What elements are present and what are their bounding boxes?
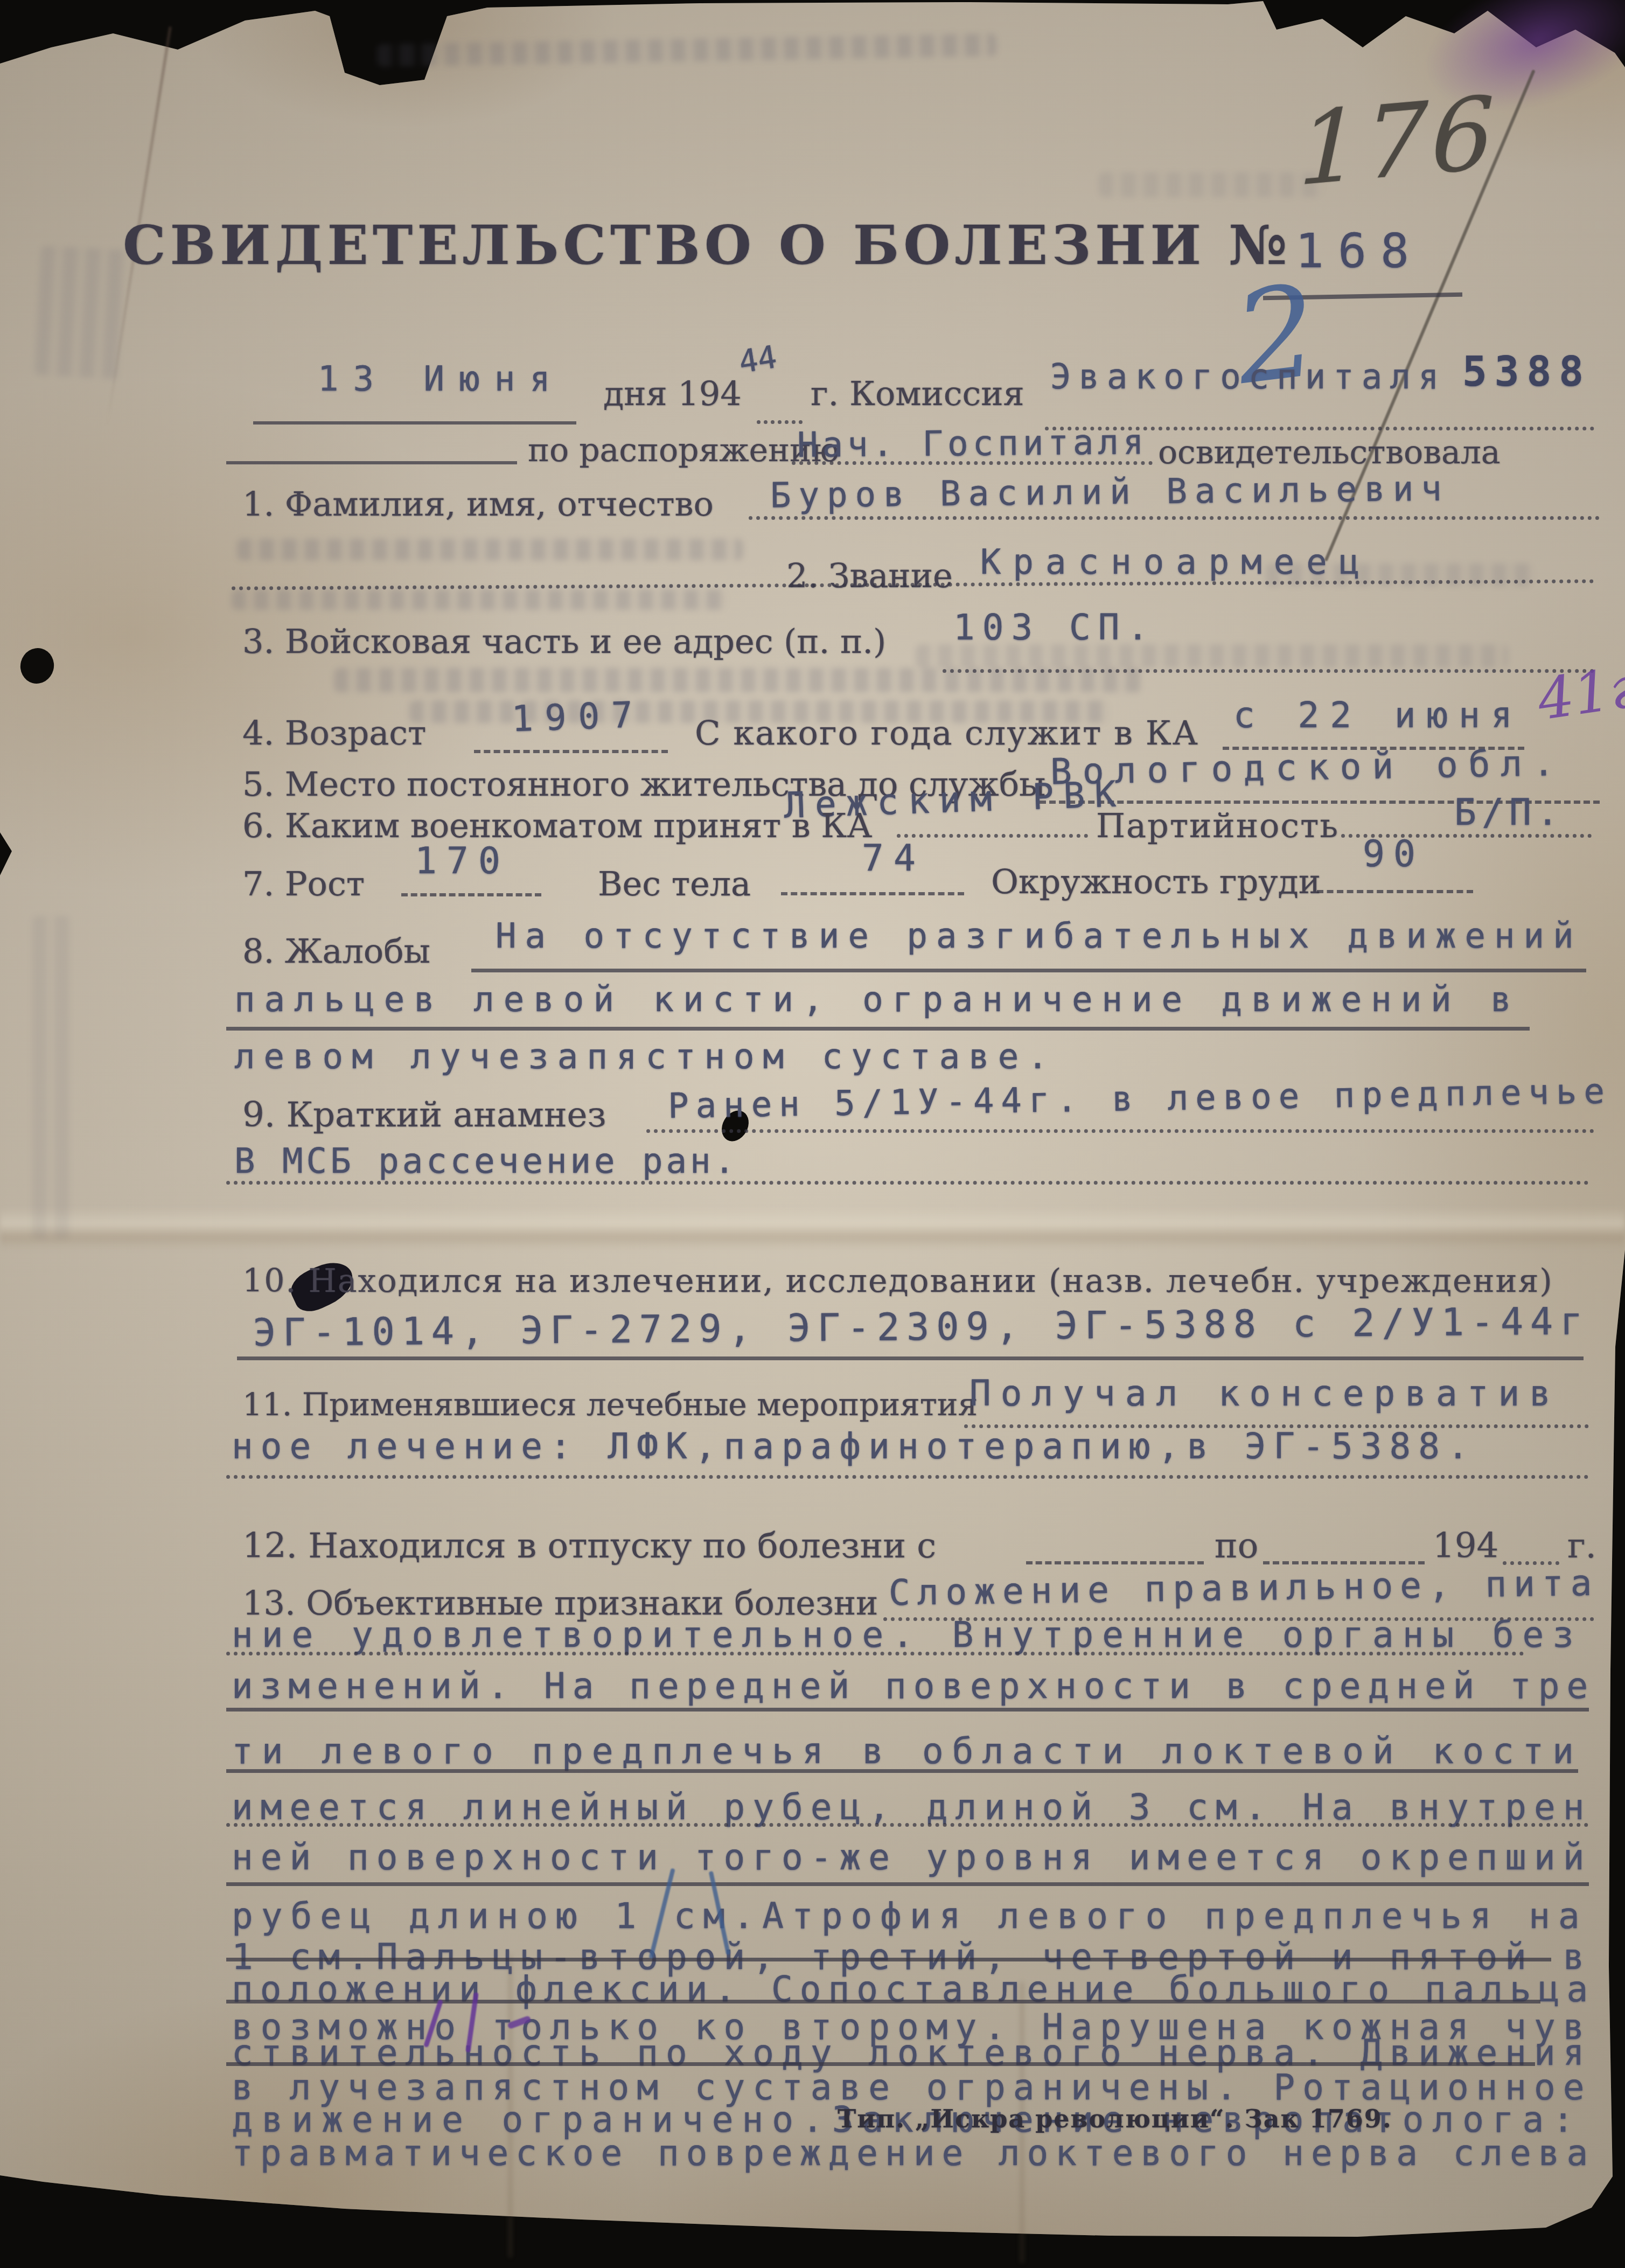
field-12-g-label: г. — [1567, 1529, 1596, 1563]
rule-line — [226, 1475, 1589, 1479]
field-13-text-line: имеется линейный рубец, длиной 3 см. На … — [232, 1790, 1592, 1825]
order-suffix-label: освидетельствовала — [1158, 436, 1501, 469]
rule-line — [226, 461, 517, 464]
field-10-value: ЭГ-1014, ЭГ-2729, ЭГ-2309, ЭГ-5388 с 2/У… — [253, 1302, 1590, 1352]
rule-line — [897, 834, 1088, 838]
rule-line — [226, 1823, 1589, 1827]
rule-line — [401, 893, 541, 896]
field-4b-value: с 22 июня — [1233, 698, 1523, 733]
commission-typed: Эвакогоспиталя — [1050, 360, 1446, 394]
field-7b-value: 74 — [862, 840, 925, 877]
field-9-value-line2: В МСБ рассечение ран. — [234, 1144, 738, 1179]
ghost-text-smudge — [232, 589, 727, 610]
field-8-value-line2: пальцев левой кисти, ограничение движени… — [234, 983, 1521, 1017]
rule-line — [253, 421, 576, 425]
document-title: СВИДЕТЕЛЬСТВО О БОЛЕЗНИ № — [123, 218, 1291, 272]
rule-line — [471, 969, 1586, 972]
field-7c-label: Окружность груди — [991, 865, 1321, 899]
rule-line — [226, 1882, 1589, 1886]
date-year-typed: 44 — [737, 341, 779, 378]
rule-line — [226, 1652, 1524, 1655]
rule-line — [226, 2062, 1535, 2066]
date-day-month-typed: 13 Июня — [318, 362, 565, 396]
ghost-text-smudge — [32, 916, 70, 1239]
field-13-text-line: ти левого предплечья в области локтевой … — [232, 1734, 1582, 1769]
field-1-value: Буров Василий Васильевич — [770, 471, 1449, 513]
field-6b-label: Партийность — [1096, 809, 1339, 843]
rule-line — [226, 1769, 1578, 1773]
field-4-label: 4. Возраст — [242, 716, 426, 750]
field-1-label: 1. Фамилия, имя, отчество — [242, 488, 714, 521]
printer-mark: Тип. „Искра революции“. Зак 1769. — [838, 2106, 1392, 2131]
field-10-label: 10. Находился на излечении, исследовании… — [242, 1265, 1553, 1297]
order-typed: Нач. Госпиталя — [797, 425, 1148, 463]
field-4b-handwritten-year: 41г — [1535, 659, 1625, 729]
field-13-text-line: ней поверхности того-же уровня имеется о… — [232, 1840, 1592, 1875]
field-2-value: Красноармеец — [980, 545, 1371, 580]
rule-line — [226, 1708, 1589, 1712]
field-4-value: 1907 — [511, 697, 645, 738]
field-9-label: 9. Краткий анамнез — [242, 1098, 606, 1132]
field-2-label: 2. Звание — [786, 559, 953, 593]
field-5-value: Вологодской обл. — [1050, 746, 1565, 790]
rule-line — [943, 669, 1594, 673]
field-13-value-line1: Сложение правильное, пита — [889, 1566, 1599, 1611]
ghost-text-smudge — [34, 246, 127, 379]
rule-line — [226, 1027, 1530, 1031]
rule-line — [226, 1958, 1551, 1961]
field-7b-label: Вес тела — [598, 867, 751, 901]
field-6b-value: Б/П. — [1454, 795, 1564, 831]
corner-number-handwritten: 176 — [1298, 82, 1498, 200]
field-8-value-line1: На отсутствие разгибательных движений — [496, 919, 1582, 954]
rule-line — [474, 750, 668, 753]
rule-line — [646, 1129, 1594, 1133]
certificate-number-typed: 168 — [1295, 227, 1423, 275]
rule-line — [1026, 1561, 1204, 1564]
field-12-po-label: по — [1215, 1529, 1258, 1563]
field-11-value-line2: ное лечение: ЛФК,парафинотерапию,в ЭГ-53… — [232, 1429, 1476, 1464]
field-13-text-line: травматическое повреждение локтевого нер… — [232, 2135, 1595, 2171]
rule-line — [792, 461, 1153, 465]
field-13-text-line: изменений. На передней поверхности в сре… — [232, 1668, 1595, 1704]
commission-label: г. Комиссия — [811, 377, 1024, 411]
ghost-text-smudge — [1099, 172, 1325, 197]
field-8-label: 8. Жалобы — [242, 935, 430, 968]
rule-line — [757, 420, 803, 424]
field-12-label: 12. Находился в отпуску по болезни с — [242, 1529, 936, 1563]
field-3-label: 3. Войсковая часть и ее адрес (п. п.) — [242, 625, 886, 658]
field-7-label: 7. Рост — [242, 867, 365, 901]
ghost-text-smudge — [237, 539, 743, 560]
rule-line — [781, 892, 964, 895]
rule-line — [226, 1181, 1589, 1185]
field-4b-label: С какого года служит в КА — [695, 716, 1199, 750]
field-8-value-line3: левом лучезапястном суставе. — [234, 1040, 1057, 1074]
field-11-value-line1: Получал консерватив — [970, 1376, 1560, 1411]
field-7-value: 170 — [415, 843, 510, 880]
hospital-number-typed: 5388 — [1462, 351, 1591, 392]
field-7c-value: 90 — [1363, 836, 1424, 873]
date-label: дня 194 — [603, 377, 742, 411]
field-12-year-label: 194 — [1433, 1529, 1498, 1563]
field-11-label: 11. Применявшиеся лечебные мероприятия — [242, 1389, 978, 1420]
field-13-text-line: рубец длиною 1 см.Атрофия левого предпле… — [232, 1898, 1588, 1934]
rule-line — [1317, 890, 1473, 893]
fold-crease — [0, 1207, 1625, 1250]
rule-line — [749, 516, 1600, 520]
field-6-label: 6. Каким военкоматом принят в КА — [242, 809, 872, 843]
field-13-text-line: ние удовлетворительное. Внутренние орган… — [232, 1617, 1582, 1653]
field-3-value: 103 СП. — [953, 610, 1156, 645]
rule-line — [1263, 1561, 1425, 1564]
scanned-document-photo: 176 СВИДЕТЕЛЬСТВО О БОЛЕЗНИ № 168 2 13 И… — [0, 0, 1625, 2268]
rule-line — [237, 1356, 1584, 1360]
rule-line — [226, 2000, 1540, 2003]
